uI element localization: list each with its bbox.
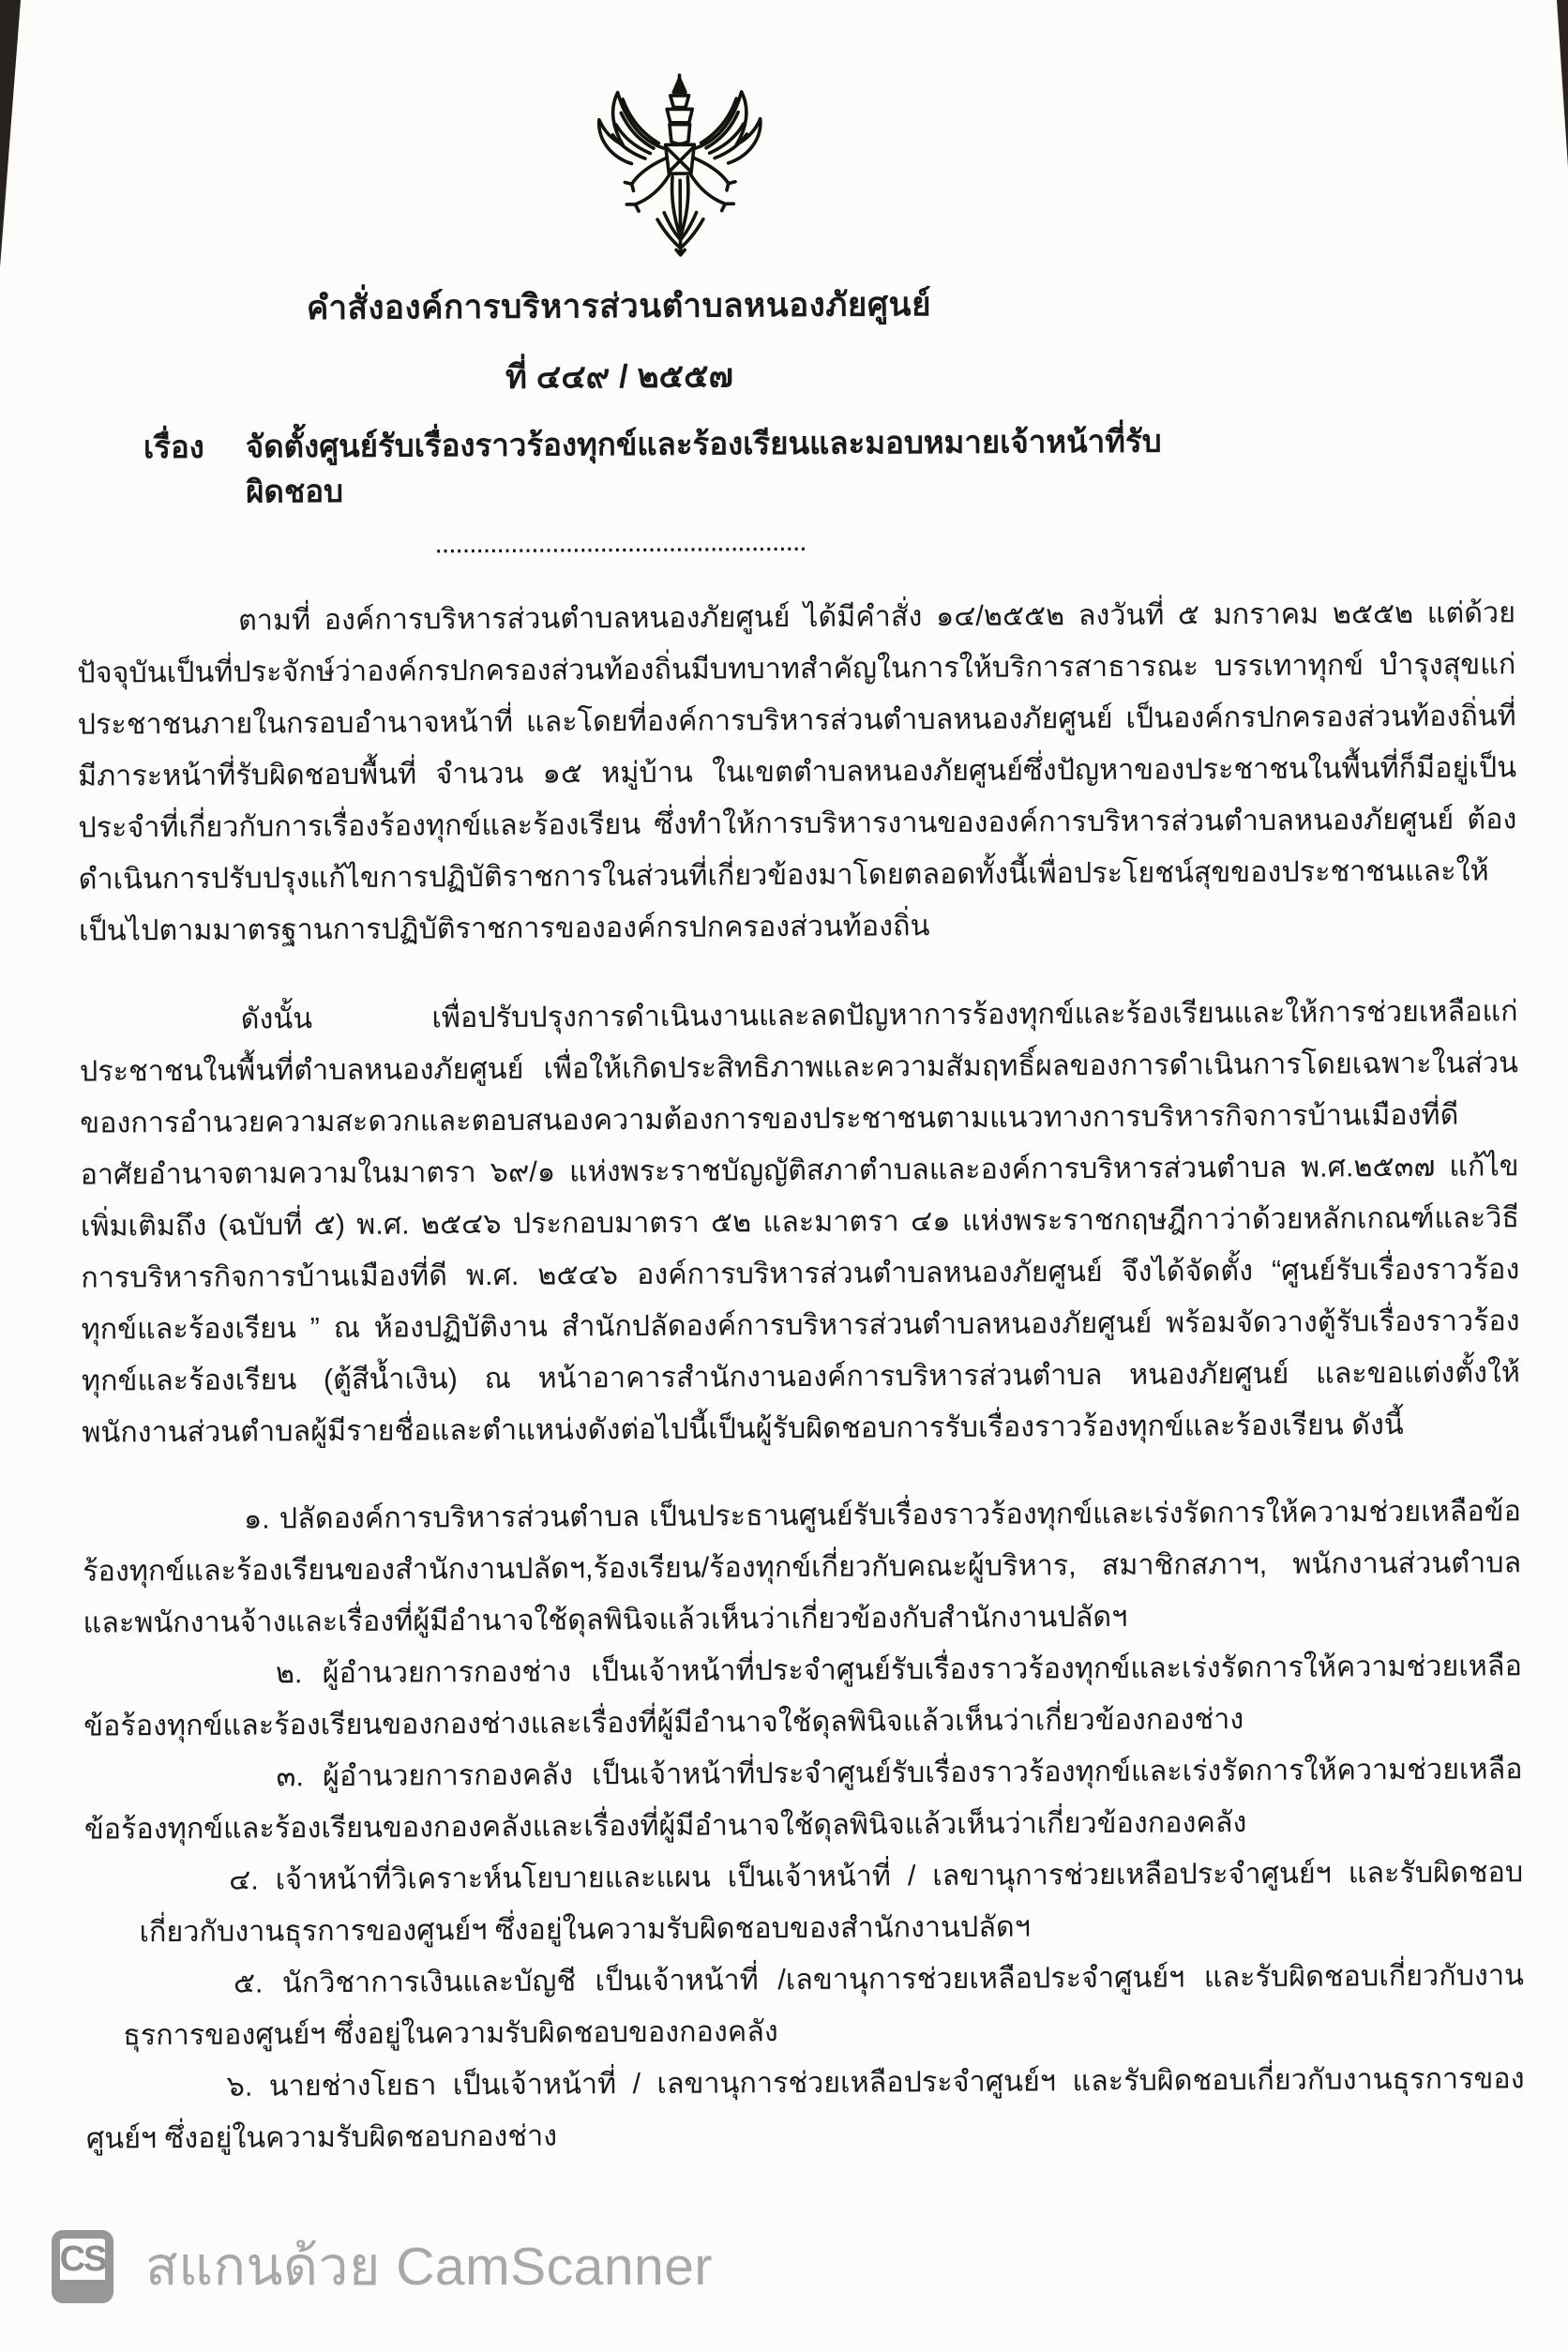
list-item: ๔. เจ้าหน้าที่วิเคราะห์นโยบายและแผน เป็น… xyxy=(84,1847,1524,1958)
document-title: คำสั่งองค์การบริหารส่วนตำบลหนองภัยศูนย์ xyxy=(75,281,1163,333)
camscanner-watermark: CS สแกนด้วย CamScanner xyxy=(52,2224,713,2309)
assignment-list: ๑. ปลัดองค์การบริหารส่วนตำบล เป็นประธานศ… xyxy=(83,1485,1525,2164)
list-item: ๑. ปลัดองค์การบริหารส่วนตำบล เป็นประธานศ… xyxy=(83,1485,1522,1649)
list-item: ๖. นายช่างโยธา เป็นเจ้าหน้าที่ / เลขานุก… xyxy=(85,2053,1525,2164)
paragraph: ตามที่ องค์การบริหารส่วนตำบลหนองภัยศูนย์… xyxy=(77,587,1517,957)
subject-text: จัดตั้งศูนย์รับเรื่องราวร้องทุกข์และร้อง… xyxy=(246,419,1165,515)
order-number: ที่ ๔๔๙ / ๒๕๕๗ xyxy=(75,352,1163,403)
camscanner-text: สแกนด้วย CamScanner xyxy=(145,2224,713,2309)
document-content: คำสั่งองค์การบริหารส่วนตำบลหนองภัยศูนย์ … xyxy=(73,0,1525,2165)
subject-label: เรื่อง xyxy=(143,425,205,515)
divider-dots: ........................................… xyxy=(76,526,1164,561)
list-item: ๕. นักวิชาการเงินและบัญชี เป็นเจ้าหน้าที… xyxy=(85,1950,1525,2061)
scan-edge-artifact-top-left xyxy=(0,0,21,267)
document-heading: คำสั่งองค์การบริหารส่วนตำบลหนองภัยศูนย์ … xyxy=(75,281,1165,561)
garuda-emblem xyxy=(581,68,777,267)
list-item: ๓. ผู้อำนวยการกองคลัง เป็นเจ้าหน้าที่ประ… xyxy=(83,1743,1523,1855)
cs-badge-bar xyxy=(59,2280,106,2296)
paragraph: ดังนั้น เพื่อปรับปรุงการดำเนินงานและลดปั… xyxy=(79,986,1520,1458)
cs-badge-letters: CS xyxy=(60,2239,106,2280)
list-item: ๒. ผู้อำนวยการกองช่าง เป็นเจ้าหน้าที่ประ… xyxy=(83,1640,1523,1752)
scan-edge-artifact-top-right xyxy=(1557,0,1568,167)
camscanner-icon: CS xyxy=(52,2230,113,2303)
subject-row: เรื่อง จัดตั้งศูนย์รับเรื่องราวร้องทุกข์… xyxy=(143,419,1165,516)
document-body: ตามที่ องค์การบริหารส่วนตำบลหนองภัยศูนย์… xyxy=(77,587,1521,1458)
scanned-document-page: คำสั่งองค์การบริหารส่วนตำบลหนองภัยศูนย์ … xyxy=(0,0,1568,2352)
